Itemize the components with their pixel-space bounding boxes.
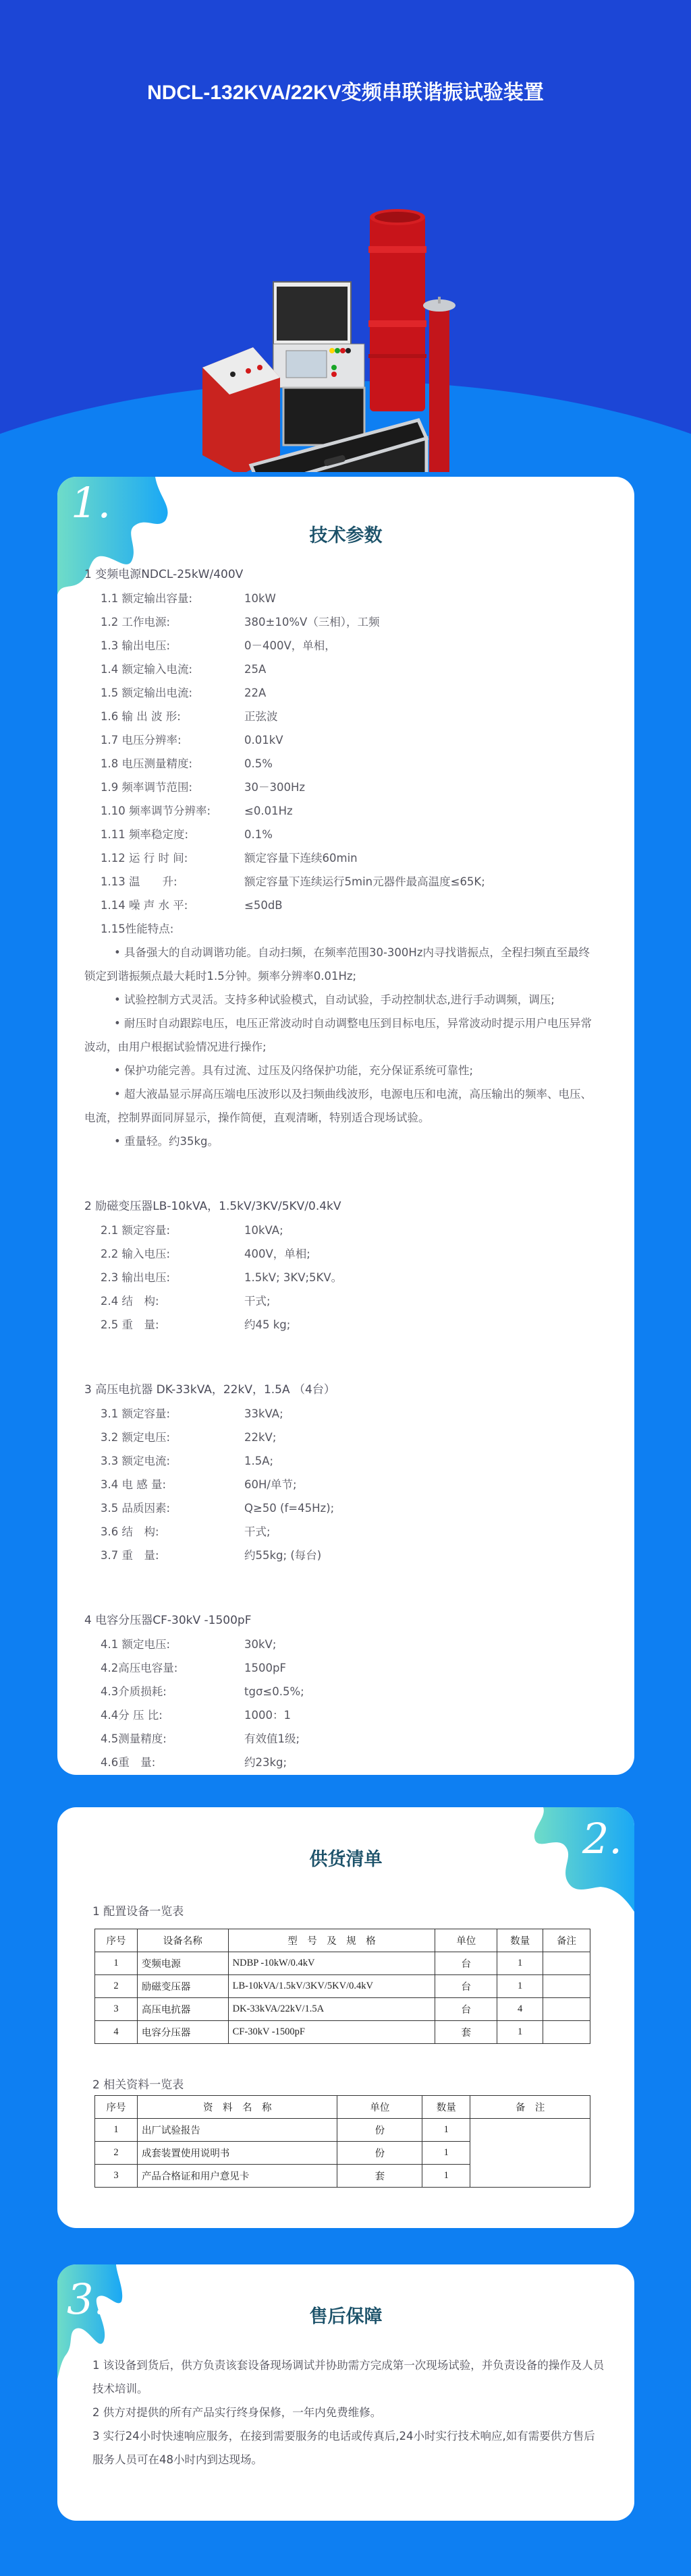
spec-key: 1.14 噪 声 水 平:	[84, 894, 244, 917]
cell-index: 2	[95, 1975, 138, 1998]
spec-value: 0－400V，单相，	[244, 634, 336, 657]
spec-key: 3.1 额定容量:	[84, 1402, 244, 1426]
cell-qty: 1	[422, 2142, 470, 2165]
cell-index: 1	[95, 1952, 138, 1975]
spec-row: 1.2 工作电源:380±10%V（三相），工频	[84, 610, 597, 634]
cell-index: 3	[95, 2165, 138, 2188]
spec-key: 1.11 频率稳定度:	[84, 823, 244, 846]
spec-row: 3.3 额定电流:1.5A;	[84, 1449, 597, 1473]
cell-remark	[470, 2119, 590, 2188]
spec-value: 1.5A;	[244, 1449, 273, 1473]
spec-row: 1.8 电压测量精度:0.5%	[84, 752, 597, 775]
spec-value: ≤50dB	[244, 894, 283, 917]
spec-row: 1.10 频率调节分辨率:≤0.01Hz	[84, 799, 597, 823]
cell-name: 电容分压器	[137, 2021, 228, 2044]
spec-row: 1.6 输 出 波 形:正弦波	[84, 705, 597, 728]
spec-group-heading: 2 励磁变压器LB-10kVA，1.5kV/3KV/5KV/0.4kV	[84, 1195, 597, 1219]
feature-item: • 试验控制方式灵活。支持多种试验模式，自动试验，手动控制状态,进行手动调频，调…	[84, 988, 597, 1012]
product-image	[0, 0, 691, 472]
spec-key: 3.3 额定电流:	[84, 1449, 244, 1473]
spec-list: 1 变频电源NDCL-25kW/400V 1.1 额定输出容量:10kW 1.2…	[84, 563, 597, 1774]
spec-key: 1.10 频率调节分辨率:	[84, 799, 244, 823]
spec-row: 3.6 结 构:干式;	[84, 1520, 597, 1544]
cell-unit: 套	[337, 2165, 422, 2188]
spec-row: 2.5 重 量:约45 kg;	[84, 1313, 597, 1337]
feature-item: • 重量轻。约35kg。	[84, 1130, 597, 1153]
spec-row: 3.1 额定容量:33kVA;	[84, 1402, 597, 1426]
spec-key: 2.4 结 构:	[84, 1289, 244, 1313]
spec-value: 25A	[244, 657, 266, 681]
spec-group-heading: 4 电容分压器CF-30kV -1500pF	[84, 1609, 597, 1633]
spec-value: 30kV;	[244, 1633, 276, 1656]
spec-value: 30－300Hz	[244, 775, 305, 799]
spec-row: 4.6重 量:约23kg;	[84, 1751, 597, 1774]
spec-value: 22A	[244, 681, 266, 705]
spec-value: 22kV;	[244, 1426, 276, 1449]
spec-group-heading: 3 高压电抗器 DK-33kVA，22kV，1.5A （4台）	[84, 1378, 597, 1402]
spec-key: 1.15性能特点:	[84, 917, 244, 941]
spec-value: 约23kg;	[244, 1751, 287, 1774]
spec-key: 1.9 频率调节范围:	[84, 775, 244, 799]
after-sales-text: 1 该设备到货后，供方负责该套设备现场调试并协助需方完成第一次现场试验，并负责设…	[92, 2353, 605, 2471]
cell-qty: 1	[422, 2119, 470, 2142]
spec-key: 1.3 输出电压:	[84, 634, 244, 657]
cell-unit: 台	[435, 1952, 497, 1975]
spec-key: 3.4 电 感 量:	[84, 1473, 244, 1496]
column-header: 单位	[337, 2096, 422, 2119]
column-header: 序号	[95, 1929, 138, 1952]
equipment-table-heading: 1 配置设备一览表	[92, 1902, 184, 1919]
table-row: 1 变频电源 NDBP -10kW/0.4kV 台 1	[95, 1952, 590, 1975]
spec-key: 3.6 结 构:	[84, 1520, 244, 1544]
section-title: 售后保障	[57, 2302, 634, 2328]
spec-value: 1500pF	[244, 1656, 286, 1680]
spec-value: 额定容量下连续运行5min元器件最高温度≤65K;	[244, 870, 485, 894]
spec-value: 60H/单节;	[244, 1473, 297, 1496]
feature-item: • 耐压时自动跟踪电压，电压正常波动时自动调整电压到目标电压，异常波动时提示用户…	[84, 1012, 597, 1059]
spec-value: 额定容量下连续60min	[244, 846, 358, 870]
cell-model: CF-30kV -1500pF	[228, 2021, 435, 2044]
cell-model: DK-33kVA/22kV/1.5A	[228, 1998, 435, 2021]
spec-key: 1.12 运 行 时 间:	[84, 846, 244, 870]
column-header: 数量	[422, 2096, 470, 2119]
equipment-table: 序号 设备名称 型 号 及 规 格 单位 数量 备注 1 变频电源 NDBP -…	[94, 1929, 590, 2044]
spec-key: 2.3 输出电压:	[84, 1266, 244, 1289]
documents-table: 序号 资 料 名 称 单位 数量 备 注 1 出厂试验报告 份 1 2 成套装置…	[94, 2095, 590, 2188]
spec-key: 4.4分 压 比:	[84, 1703, 244, 1727]
cell-unit: 台	[435, 1998, 497, 2021]
section-title: 供货清单	[57, 1844, 634, 1871]
spec-value: ≤0.01Hz	[244, 799, 293, 823]
table-header-row: 序号 资 料 名 称 单位 数量 备 注	[95, 2096, 590, 2119]
cell-qty: 1	[497, 1975, 543, 1998]
table-row: 4 电容分压器 CF-30kV -1500pF 套 1	[95, 2021, 590, 2044]
cell-name: 高压电抗器	[137, 1998, 228, 2021]
column-header: 型 号 及 规 格	[228, 1929, 435, 1952]
spec-key: 1.5 额定输出电流:	[84, 681, 244, 705]
spec-key: 3.5 品质因素:	[84, 1496, 244, 1520]
after-sales-card: 3. 售后保障 1 该设备到货后，供方负责该套设备现场调试并协助需方完成第一次现…	[57, 2264, 634, 2521]
spec-key: 2.2 输入电压:	[84, 1242, 244, 1266]
supply-list-card: 2. 供货清单 1 配置设备一览表 序号 设备名称 型 号 及 规 格 单位 数…	[57, 1807, 634, 2228]
spec-value: 0.5%	[244, 752, 273, 775]
cell-unit: 套	[435, 2021, 497, 2044]
spec-row: 4.5测量精度:有效值1级;	[84, 1727, 597, 1751]
cell-index: 1	[95, 2119, 138, 2142]
spec-key: 4.2高压电容量:	[84, 1656, 244, 1680]
spec-row: 1.15性能特点:	[84, 917, 597, 941]
feature-item: • 保护功能完善。具有过流、过压及闪络保护功能，充分保证系统可靠性;	[84, 1059, 597, 1082]
cell-qty: 1	[422, 2165, 470, 2188]
spec-value: 10kW	[244, 587, 276, 610]
spec-value: 约55kg; (每台)	[244, 1544, 321, 1567]
spec-row: 1.13 温 升:额定容量下连续运行5min元器件最高温度≤65K;	[84, 870, 597, 894]
spec-row: 1.11 频率稳定度:0.1%	[84, 823, 597, 846]
spec-key: 4.1 额定电压:	[84, 1633, 244, 1656]
spec-value: tgσ≤0.5%;	[244, 1680, 304, 1703]
spec-row: 1.7 电压分辨率:0.01kV	[84, 728, 597, 752]
after-sales-paragraph: 3 实行24小时快速响应服务，在接到需要服务的电话或传真后,24小时实行技术响应…	[92, 2424, 605, 2471]
cell-qty: 1	[497, 1952, 543, 1975]
column-header: 序号	[95, 2096, 138, 2119]
spec-row: 3.2 额定电压:22kV;	[84, 1426, 597, 1449]
spec-row: 4.2高压电容量:1500pF	[84, 1656, 597, 1680]
spec-key: 3.7 重 量:	[84, 1544, 244, 1567]
spec-key: 4.6重 量:	[84, 1751, 244, 1774]
documents-table-heading: 2 相关资料一览表	[92, 2075, 184, 2092]
spec-row: 3.7 重 量:约55kg; (每台)	[84, 1544, 597, 1567]
cell-remark	[543, 2021, 590, 2044]
column-header: 资 料 名 称	[137, 2096, 337, 2119]
spec-row: 4.4分 压 比:1000：1	[84, 1703, 597, 1727]
spec-row: 1.9 频率调节范围:30－300Hz	[84, 775, 597, 799]
spec-key: 1.8 电压测量精度:	[84, 752, 244, 775]
spec-row: 2.4 结 构:干式;	[84, 1289, 597, 1313]
feature-item: • 具备强大的自动调谐功能。自动扫频，在频率范围30-300Hz内寻找谐振点，全…	[84, 941, 597, 988]
tech-params-card: 1. 技术参数 1 变频电源NDCL-25kW/400V 1.1 额定输出容量:…	[57, 477, 634, 1775]
table-row: 2 励磁变压器 LB-10kVA/1.5kV/3KV/5KV/0.4kV 台 1	[95, 1975, 590, 1998]
spec-value: Q≥50 (f=45Hz);	[244, 1496, 334, 1520]
spec-row: 3.4 电 感 量:60H/单节;	[84, 1473, 597, 1496]
spec-key: 1.13 温 升:	[84, 870, 244, 894]
cell-index: 3	[95, 1998, 138, 2021]
column-header: 数量	[497, 1929, 543, 1952]
spec-row: 1.14 噪 声 水 平:≤50dB	[84, 894, 597, 917]
spec-value: 1.5kV; 3KV;5KV。	[244, 1266, 342, 1289]
section-title: 技术参数	[57, 521, 634, 547]
cell-model: NDBP -10kW/0.4kV	[228, 1952, 435, 1975]
spec-value: 0.01kV	[244, 728, 283, 752]
spec-key: 2.5 重 量:	[84, 1313, 244, 1337]
spec-row: 3.5 品质因素:Q≥50 (f=45Hz);	[84, 1496, 597, 1520]
spec-value: 干式;	[244, 1520, 271, 1544]
table-row: 3 高压电抗器 DK-33kVA/22kV/1.5A 台 4	[95, 1998, 590, 2021]
cell-unit: 份	[337, 2142, 422, 2165]
feature-item: • 超大液晶显示屏高压端电压波形以及扫频曲线波形，电源电压和电流，高压输出的频率…	[84, 1082, 597, 1130]
spec-key: 1.4 额定输入电流:	[84, 657, 244, 681]
spec-value: 正弦波	[244, 705, 278, 728]
column-header: 备 注	[470, 2096, 590, 2119]
spec-value: 0.1%	[244, 823, 273, 846]
column-header: 单位	[435, 1929, 497, 1952]
cell-name: 励磁变压器	[137, 1975, 228, 1998]
spec-key: 4.3介质损耗:	[84, 1680, 244, 1703]
spec-value: 10kVA;	[244, 1219, 283, 1242]
spec-row: 4.3介质损耗:tgσ≤0.5%;	[84, 1680, 597, 1703]
column-header: 备注	[543, 1929, 590, 1952]
after-sales-paragraph: 2 供方对提供的所有产品实行终身保修，一年内免费维修。	[92, 2401, 605, 2424]
cell-remark	[543, 1975, 590, 1998]
spec-row: 2.2 输入电压:400V，单相;	[84, 1242, 597, 1266]
spec-key: 1.1 额定输出容量:	[84, 587, 244, 610]
cell-name: 成套装置使用说明书	[137, 2142, 337, 2165]
cell-qty: 4	[497, 1998, 543, 2021]
cell-model: LB-10kVA/1.5kV/3KV/5KV/0.4kV	[228, 1975, 435, 1998]
cell-remark	[543, 1952, 590, 1975]
column-header: 设备名称	[137, 1929, 228, 1952]
cell-name: 出厂试验报告	[137, 2119, 337, 2142]
cell-remark	[543, 1998, 590, 2021]
spec-value: 1000：1	[244, 1703, 291, 1727]
spec-row: 1.12 运 行 时 间:额定容量下连续60min	[84, 846, 597, 870]
spec-key: 2.1 额定容量:	[84, 1219, 244, 1242]
cell-index: 2	[95, 2142, 138, 2165]
spec-key: 1.2 工作电源:	[84, 610, 244, 634]
spec-value: 干式;	[244, 1289, 271, 1313]
cell-unit: 份	[337, 2119, 422, 2142]
spec-key: 1.6 输 出 波 形:	[84, 705, 244, 728]
after-sales-paragraph: 1 该设备到货后，供方负责该套设备现场调试并协助需方完成第一次现场试验，并负责设…	[92, 2353, 605, 2401]
spec-value: 约45 kg;	[244, 1313, 290, 1337]
cell-index: 4	[95, 2021, 138, 2044]
spec-value: 有效值1级;	[244, 1727, 300, 1751]
spec-row: 1.1 额定输出容量:10kW	[84, 587, 597, 610]
spec-value: 380±10%V（三相），工频	[244, 610, 380, 634]
hero-banner: NDCL-132KVA/22KV变频串联谐振试验装置	[0, 0, 691, 472]
table-row: 1 出厂试验报告 份 1	[95, 2119, 590, 2142]
spec-value: 400V，单相;	[244, 1242, 310, 1266]
cell-name: 变频电源	[137, 1952, 228, 1975]
spec-row: 1.4 额定输入电流:25A	[84, 657, 597, 681]
spec-row: 1.3 输出电压:0－400V，单相，	[84, 634, 597, 657]
spec-row: 2.3 输出电压:1.5kV; 3KV;5KV。	[84, 1266, 597, 1289]
cell-qty: 1	[497, 2021, 543, 2044]
spec-group-heading: 1 变频电源NDCL-25kW/400V	[84, 563, 597, 587]
spec-key: 3.2 额定电压:	[84, 1426, 244, 1449]
cell-name: 产品合格证和用户意见卡	[137, 2165, 337, 2188]
spec-row: 1.5 额定输出电流:22A	[84, 681, 597, 705]
spec-row: 4.1 额定电压:30kV;	[84, 1633, 597, 1656]
cell-unit: 台	[435, 1975, 497, 1998]
spec-row: 2.1 额定容量:10kVA;	[84, 1219, 597, 1242]
spec-key: 1.7 电压分辨率:	[84, 728, 244, 752]
table-header-row: 序号 设备名称 型 号 及 规 格 单位 数量 备注	[95, 1929, 590, 1952]
spec-key: 4.5测量精度:	[84, 1727, 244, 1751]
spec-value: 33kVA;	[244, 1402, 283, 1426]
